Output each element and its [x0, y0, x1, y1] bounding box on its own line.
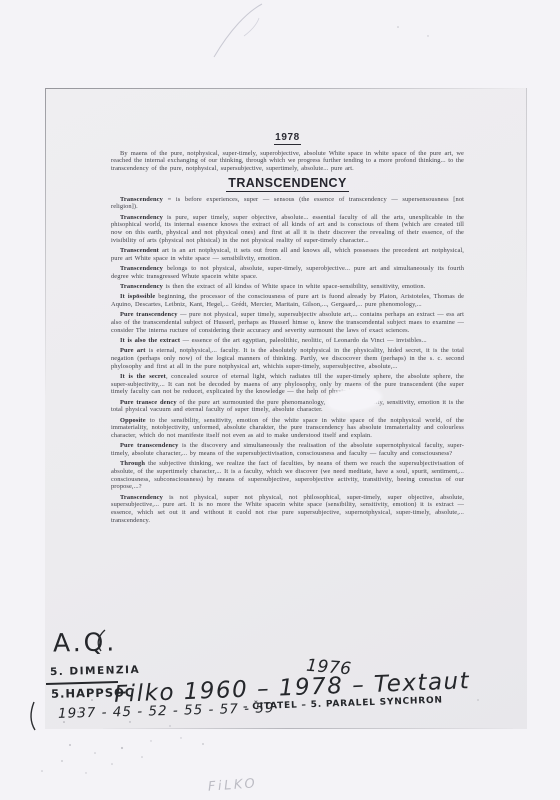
- artwork-scan: { "doc": { "year_heading": "1978", "intr…: [0, 0, 560, 800]
- paragraph: Pure art is eternal, notphysical,... fac…: [111, 347, 464, 370]
- paragraph: It is also the extract — essence of the …: [111, 337, 464, 345]
- paragraph: Transcendency is then the extract of all…: [111, 283, 464, 291]
- paragraph: It ispössible beginning, the processor o…: [111, 293, 464, 308]
- page-title: TRANSCENDENCY: [111, 180, 464, 188]
- year-heading: 1978: [111, 134, 464, 142]
- pencil-arc-short: [244, 18, 259, 36]
- pencil-signature: FiLKO: [208, 776, 258, 794]
- page-edge-bottom: [103, 728, 513, 729]
- page-edge-top: [45, 88, 527, 89]
- paragraph: Pure transce dency of the pure art surmo…: [111, 399, 464, 414]
- paragraph: Transcendency is not physical, super not…: [111, 494, 464, 525]
- paragraph: It is the secret, concealed source of et…: [111, 373, 464, 396]
- ink-edge-stroke: [31, 702, 35, 730]
- paragraph: Transcendent art is an art notphysical, …: [111, 247, 464, 262]
- corrected-year: 197678: [311, 673, 344, 700]
- paragraph: Transcendency = is before experiences, s…: [111, 196, 464, 211]
- artist-line-suffix: – Textaut: [343, 668, 471, 699]
- paragraph: Pure transcendency is the discovery and …: [111, 442, 464, 457]
- paragraph: Pure transcendency — pure not physical, …: [111, 311, 464, 334]
- pencil-arc: [214, 4, 262, 57]
- paragraph: Through the subjective thinking, we real…: [111, 460, 464, 491]
- page-edge-right: [526, 88, 527, 308]
- page-edge-left: [45, 88, 46, 398]
- year-written-above: 1976: [306, 656, 353, 680]
- annotation-dimenzia: 5. DIMENZIA: [50, 664, 140, 678]
- typed-content: 1978 By maens of the pure, notphysical, …: [111, 134, 464, 527]
- photocopy-page: 1978 By maens of the pure, notphysical, …: [45, 88, 527, 729]
- paragraph: Transcendency belongs to not physical, a…: [111, 265, 464, 280]
- body-paragraphs: Transcendency = is before experiences, s…: [111, 196, 464, 525]
- annotation-aq: A.Q.: [53, 627, 118, 657]
- paragraph: Transcendency is pure, super timely, sup…: [111, 214, 464, 245]
- intro-paragraph: By maens of the pure, notphysical, super…: [111, 150, 464, 173]
- paragraph: Opposite to the sensibility, sensitivity…: [111, 417, 464, 440]
